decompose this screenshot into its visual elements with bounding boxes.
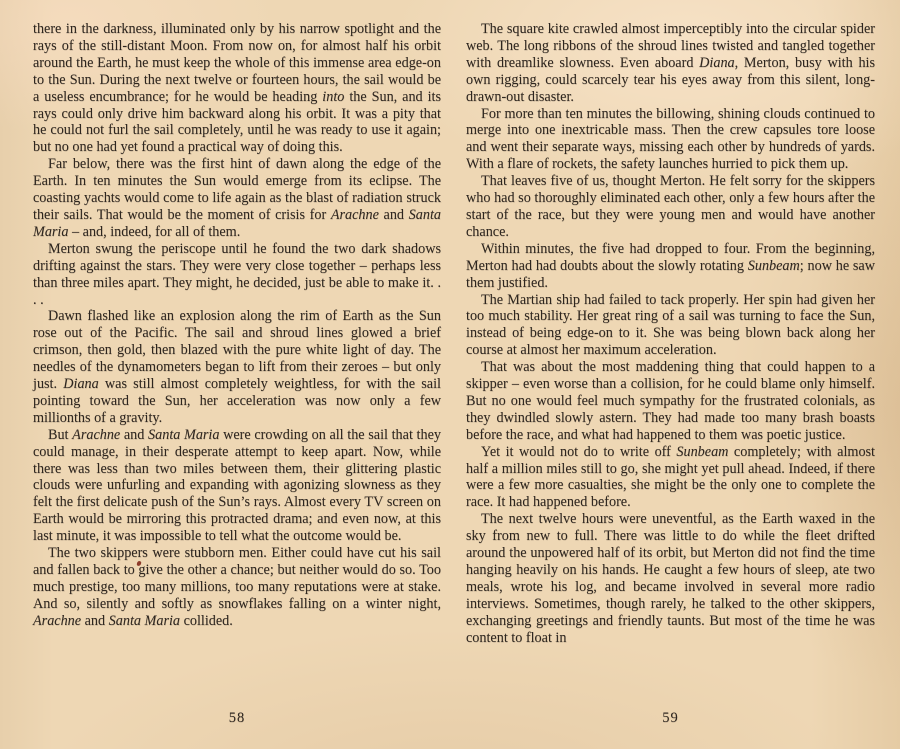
page-left-text-column: there in the darkness, illuminated only …	[33, 21, 441, 630]
text-run: The two skippers were stubborn men. Eith…	[33, 545, 441, 612]
text-run: Merton swung the periscope until he foun…	[33, 241, 441, 308]
ship-name-italic: Arachne	[33, 613, 81, 629]
paragraph: Far below, there was the first hint of d…	[33, 156, 441, 241]
text-run: and	[120, 427, 148, 443]
text-run: That leaves five of us, thought Merton. …	[466, 173, 875, 240]
ship-name-italic: Diana	[699, 55, 734, 71]
paragraph: The two skippers were stubborn men. Eith…	[33, 545, 441, 630]
text-run: – and, indeed, for all of them.	[68, 224, 240, 240]
paragraph: Yet it would not do to write off Sunbeam…	[466, 444, 875, 512]
text-run: For more than ten minutes the billowing,…	[466, 106, 875, 173]
text-run: collided.	[180, 613, 233, 629]
paragraph: But Arachne and Santa Maria were crowdin…	[33, 427, 441, 545]
text-run: Yet it would not do to write off	[481, 444, 676, 460]
page-right-text-column: The square kite crawled almost impercept…	[466, 21, 875, 647]
paragraph: The next twelve hours were uneventful, a…	[466, 511, 875, 646]
paragraph: Dawn flashed like an explosion along the…	[33, 308, 441, 426]
ship-name-italic: Santa Maria	[148, 427, 219, 443]
paragraph: Within minutes, the five had dropped to …	[466, 241, 875, 292]
paragraph: That leaves five of us, thought Merton. …	[466, 173, 875, 241]
ship-name-italic: Arachne	[72, 427, 120, 443]
text-run: were crowding on all the sail that they …	[33, 427, 441, 544]
ship-name-italic: Santa Maria	[109, 613, 180, 629]
paragraph: The Martian ship had failed to tack prop…	[466, 292, 875, 360]
paragraph: That was about the most maddening thing …	[466, 359, 875, 444]
text-run: But	[48, 427, 72, 443]
paragraph: Merton swung the periscope until he foun…	[33, 241, 441, 309]
ship-name-italic: Sunbeam	[676, 444, 728, 460]
ship-name-italic: Sunbeam	[748, 258, 800, 274]
paragraph: For more than ten minutes the billowing,…	[466, 106, 875, 174]
text-run: The Martian ship had failed to tack prop…	[466, 292, 875, 359]
ship-name-italic: into	[322, 89, 344, 105]
page-number-right: 59	[466, 710, 875, 727]
paragraph: The square kite crawled almost impercept…	[466, 21, 875, 106]
text-run: That was about the most maddening thing …	[466, 359, 875, 443]
text-run: and	[379, 207, 409, 223]
paragraph: there in the darkness, illuminated only …	[33, 21, 441, 156]
page-number-left: 58	[33, 710, 441, 727]
ship-name-italic: Arachne	[331, 207, 379, 223]
text-run: and	[81, 613, 109, 629]
ship-name-italic: Diana	[63, 376, 98, 392]
text-run: The next twelve hours were uneventful, a…	[466, 511, 875, 645]
book-spread: there in the darkness, illuminated only …	[0, 0, 900, 749]
